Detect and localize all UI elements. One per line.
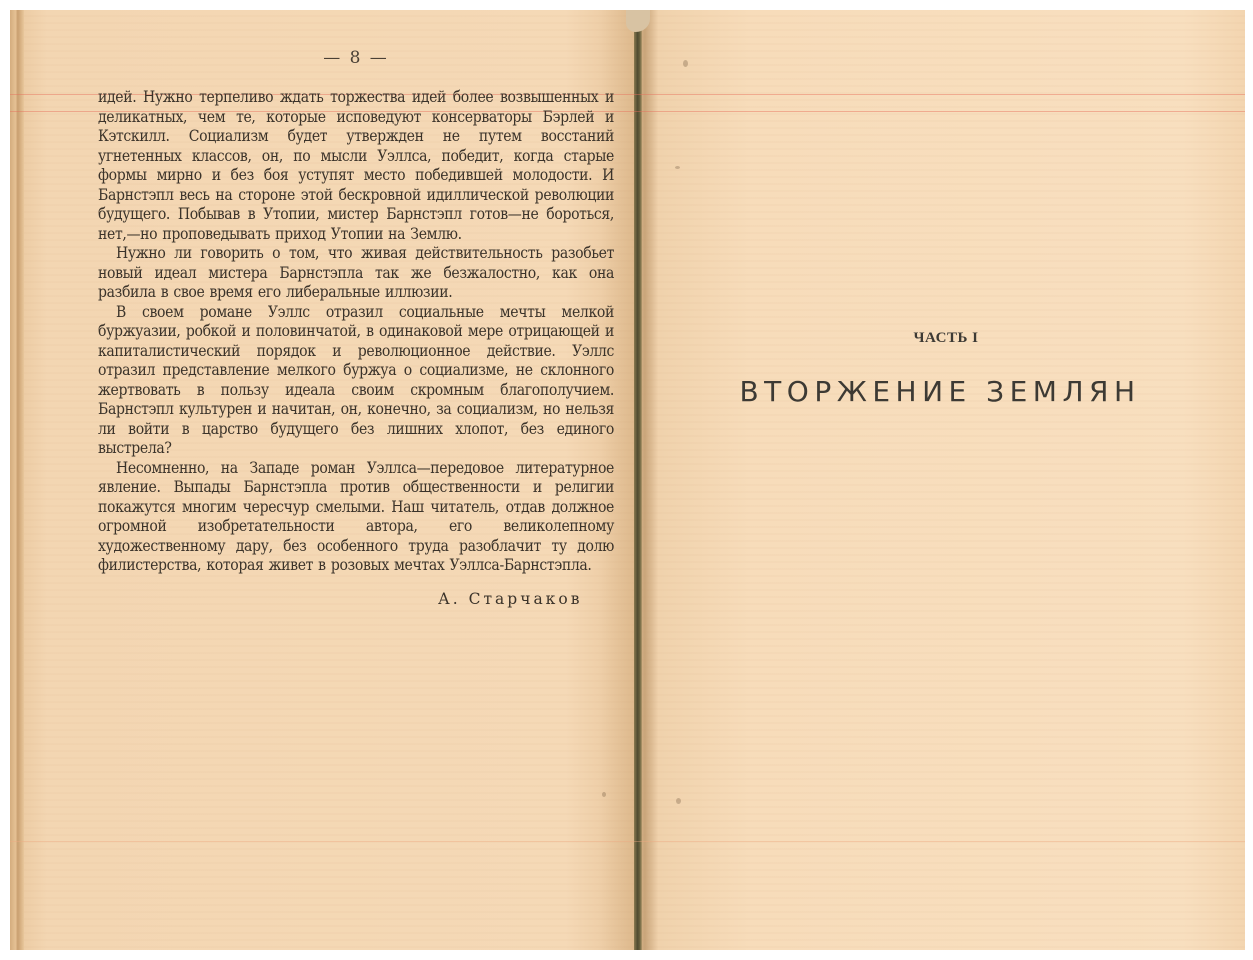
page-number: — 8 — bbox=[98, 48, 614, 68]
part-title: ВТОРЖЕНИЕ ЗЕМЛЯН bbox=[660, 375, 1220, 408]
book-spine bbox=[634, 12, 642, 950]
paper-speck bbox=[602, 792, 606, 797]
right-page: ЧАСТЬ I ВТОРЖЕНИЕ ЗЕМЛЯН bbox=[660, 330, 1220, 408]
left-page: — 8 — идей. Нужно терпеливо ждать торжес… bbox=[98, 48, 614, 608]
author-signature: А. Старчаков bbox=[98, 590, 614, 608]
paper-speck bbox=[676, 798, 681, 804]
paragraph-3: В своем романе Уэллс отразил социальные … bbox=[98, 303, 614, 459]
paragraph-4: Несомненно, на Западе роман Уэллса—перед… bbox=[98, 459, 614, 576]
paragraph-2: Нужно ли говорить о том, что живая дейст… bbox=[98, 244, 614, 303]
scan-artifact-line bbox=[10, 841, 1245, 842]
paper-speck bbox=[675, 166, 680, 169]
paper-speck bbox=[683, 60, 688, 67]
part-label: ЧАСТЬ I bbox=[672, 330, 1220, 347]
paragraph-1: идей. Нужно терпеливо ждать торжества ид… bbox=[98, 88, 614, 244]
page-stack-edge bbox=[10, 10, 24, 950]
